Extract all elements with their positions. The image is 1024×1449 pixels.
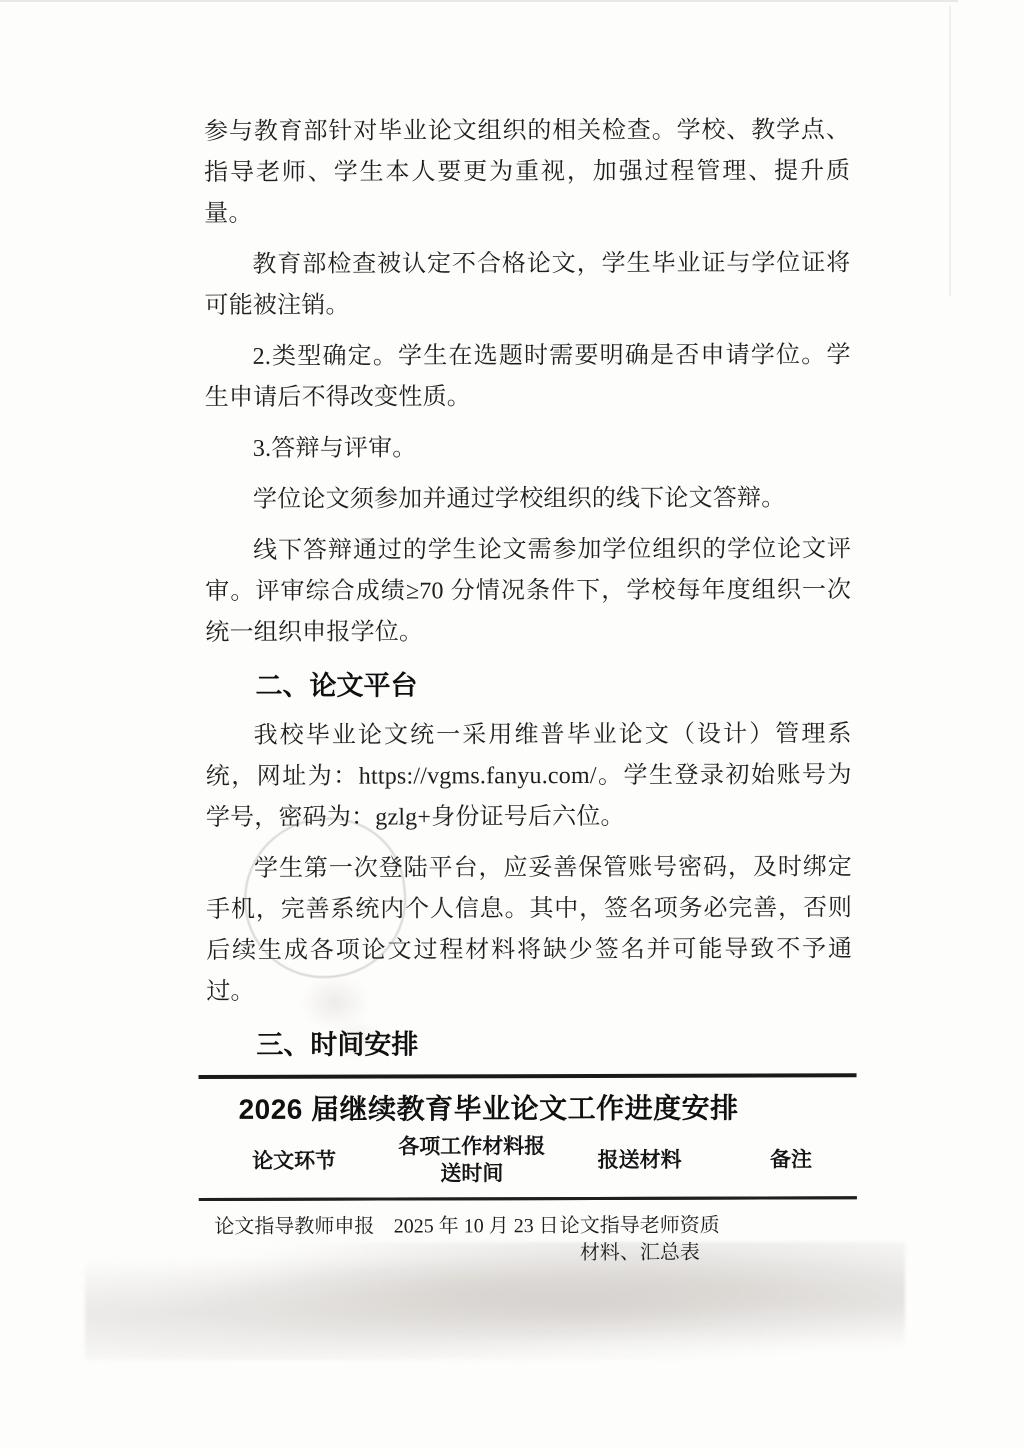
column-header-materials: 报送材料 [554,1129,725,1199]
document-content: 参与教育部针对毕业论文组织的相关检查。学校、教学点、指导老师、学生本人要更为重视… [204,110,853,1272]
column-header-remarks: 备注 [725,1128,857,1198]
schedule-table: 2026 届继续教育毕业论文工作进度安排 论文环节 各项工作材料报送时间 报送材… [199,1073,858,1272]
cell-thesis-stage: 论文指导教师申报 [199,1199,390,1272]
schedule-table-title: 2026 届继续教育毕业论文工作进度安排 [199,1077,857,1130]
paragraph-type-confirmation: 2.类型确定。学生在选题时需要明确是否申请学位。学生申请后不得改变性质。 [205,335,851,419]
paragraph-offline-defense: 学位论文须参加并通过学校组织的线下论文答辩。 [205,478,851,521]
cell-submission-time: 2025 年 10 月 23 日 [390,1199,555,1272]
section-heading-schedule: 三、时间安排 [206,1021,852,1067]
column-header-thesis-stage: 论文环节 [199,1130,390,1200]
paragraph-degree-review: 线下答辩通过的学生论文需参加学位组织的学位论文评审。评审综合成绩≥70 分情况条… [205,529,851,654]
column-header-submission-time: 各项工作材料报送时间 [389,1129,554,1199]
scan-edge-right [949,6,951,296]
paragraph-inspection: 参与教育部针对毕业论文组织的相关检查。学校、教学点、指导老师、学生本人要更为重视… [204,110,850,235]
scan-edge-top [0,0,958,2]
section-heading-platform: 二、论文平台 [205,662,851,708]
paragraph-defense-review-title: 3.答辩与评审。 [205,427,851,470]
scanned-document-page: 参与教育部针对毕业论文组织的相关检查。学校、教学点、指导老师、学生本人要更为重视… [0,0,1024,1449]
cell-materials: 论文指导老师资质材料、汇总表 [554,1198,725,1271]
table-row: 论文指导教师申报 2025 年 10 月 23 日 论文指导老师资质材料、汇总表 [199,1198,857,1272]
cell-remarks [725,1198,857,1271]
schedule-table-header-row: 论文环节 各项工作材料报送时间 报送材料 备注 [199,1128,857,1199]
paragraph-revocation: 教育部检查被认定不合格论文，学生毕业证与学位证将可能被注销。 [204,243,850,327]
paragraph-platform-url: 我校毕业论文统一采用维普毕业论文（设计）管理系统，网址为：https://vgm… [206,714,852,839]
paragraph-first-login: 学生第一次登陆平台，应妥善保管账号密码，及时绑定手机，完善系统内个人信息。其中，… [206,847,852,1013]
